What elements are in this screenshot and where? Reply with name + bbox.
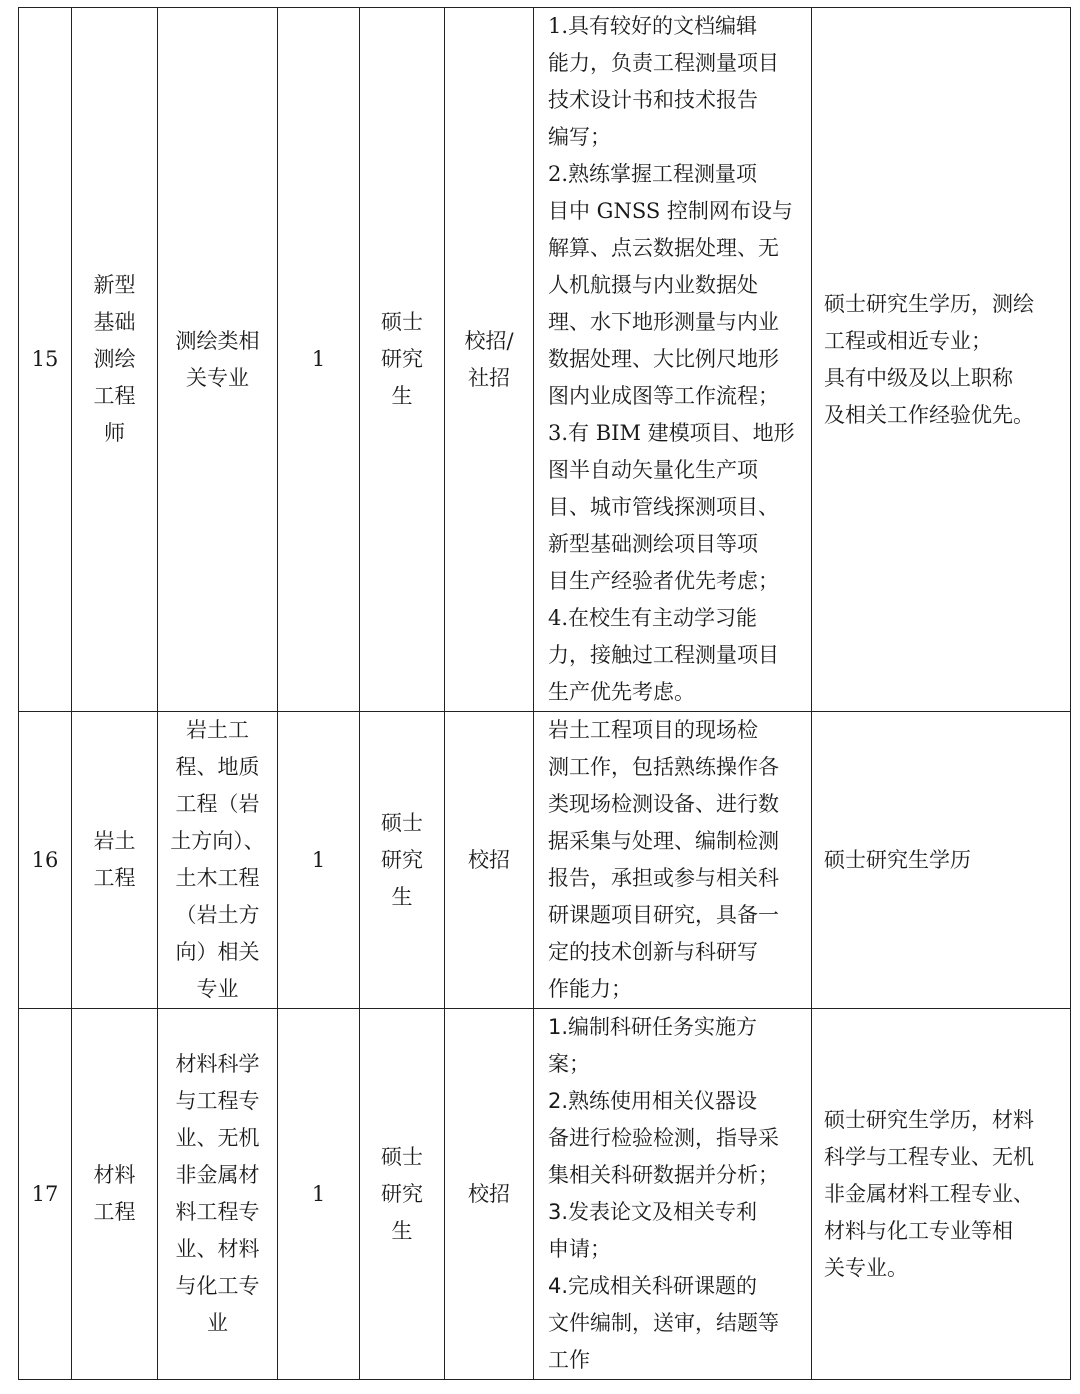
cell-major: 岩土工 程、地质 工程（岩 土方向）、 土木工程 （岩土方 向）相关 专业 bbox=[158, 712, 278, 1009]
job-table: 15 新型 基础 测绘 工程 师 测绘类相 关专业 1 硕士 研究 生 校招/ … bbox=[18, 7, 1071, 1380]
cell-requirements: 硕士研究生学历，测绘 工程或相近专业； 具有中级及以上职称 及相关工作经验优先。 bbox=[812, 8, 1071, 712]
cell-number: 15 bbox=[19, 8, 72, 712]
cell-major: 材料科学 与工程专 业、无机 非金属材 料工程专 业、材料 与化工专 业 bbox=[158, 1009, 278, 1380]
cell-responsibilities: 岩土工程项目的现场检 测工作，包括熟练操作各 类现场检测设备、进行数 据采集与处… bbox=[534, 712, 812, 1009]
cell-count: 1 bbox=[278, 712, 360, 1009]
cell-position: 新型 基础 测绘 工程 师 bbox=[72, 8, 158, 712]
cell-requirements: 硕士研究生学历，材料 科学与工程专业、无机 非金属材料工程专业、 材料与化工专业… bbox=[812, 1009, 1071, 1380]
cell-responsibilities: 1.具有较好的文档编辑 能力，负责工程测量项目 技术设计书和技术报告 编写； 2… bbox=[534, 8, 812, 712]
table-row: 16 岩土 工程 岩土工 程、地质 工程（岩 土方向）、 土木工程 （岩土方 向… bbox=[19, 712, 1071, 1009]
cell-responsibilities: 1.编制科研任务实施方 案； 2.熟练使用相关仪器设 备进行检验检测，指导采 集… bbox=[534, 1009, 812, 1380]
cell-education: 硕士 研究 生 bbox=[360, 8, 445, 712]
cell-major: 测绘类相 关专业 bbox=[158, 8, 278, 712]
cell-number: 17 bbox=[19, 1009, 72, 1380]
cell-education: 硕士 研究 生 bbox=[360, 1009, 445, 1380]
cell-recruit-type: 校招/ 社招 bbox=[445, 8, 534, 712]
cell-number: 16 bbox=[19, 712, 72, 1009]
table-row: 15 新型 基础 测绘 工程 师 测绘类相 关专业 1 硕士 研究 生 校招/ … bbox=[19, 8, 1071, 712]
cell-count: 1 bbox=[278, 1009, 360, 1380]
cell-position: 岩土 工程 bbox=[72, 712, 158, 1009]
cell-recruit-type: 校招 bbox=[445, 712, 534, 1009]
table-row: 17 材料 工程 材料科学 与工程专 业、无机 非金属材 料工程专 业、材料 与… bbox=[19, 1009, 1071, 1380]
cell-recruit-type: 校招 bbox=[445, 1009, 534, 1380]
cell-position: 材料 工程 bbox=[72, 1009, 158, 1380]
cell-requirements: 硕士研究生学历 bbox=[812, 712, 1071, 1009]
cell-education: 硕士 研究 生 bbox=[360, 712, 445, 1009]
cell-count: 1 bbox=[278, 8, 360, 712]
